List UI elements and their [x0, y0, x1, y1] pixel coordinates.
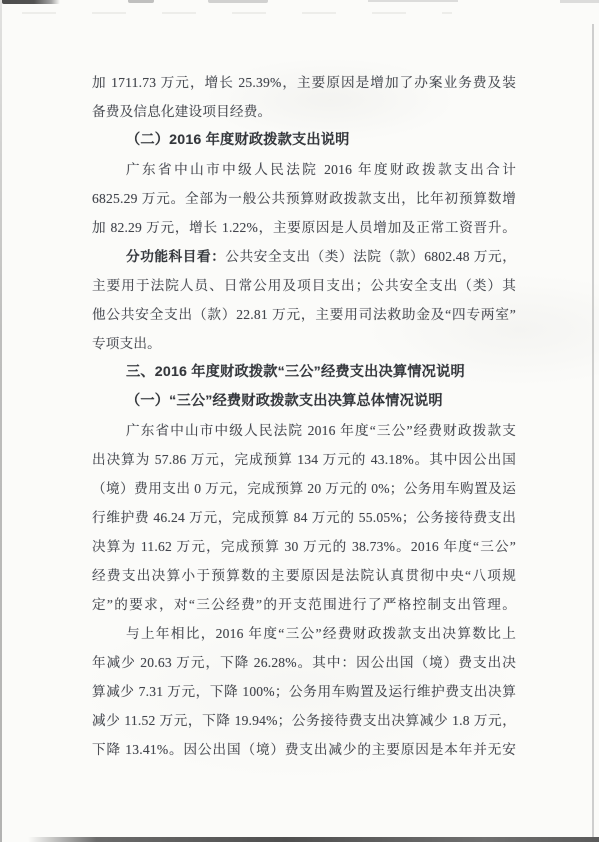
text-line: 出决算为 57.86 万元，完成预算 134 万元的 43.18%。其中因公出国 — [92, 445, 516, 474]
page-edge-bottom-shadow — [28, 837, 599, 842]
text-line: 年减少 20.63 万元，下降 26.28%。其中：因公出国（境）费支出决 — [92, 648, 516, 677]
scan-smudge-top-2 — [208, 0, 268, 3]
text-line: 主要用于法院人员、日常公用及项目支出；公共安全支出（类）其 — [92, 271, 516, 300]
text-line: 6825.29 万元。全部为一般公共预算财政拨款支出，比年初预算数增 — [92, 184, 516, 213]
document-page: { "doc": { "functional_label": "分功能科目看："… — [0, 0, 599, 842]
text-line: 行维护费 46.24 万元，完成预算 84 万元的 55.05%；公务接待费支出 — [92, 503, 516, 532]
text-line: 定”的要求，对“三公经费”的开支范围进行了严格控制支出管理。 — [92, 590, 516, 619]
text-span: 公共安全支出（类）法院（款）6802.48 万元， — [225, 249, 516, 264]
section-heading: （二）2016 年度财政拨款支出说明 — [92, 126, 516, 155]
text-line: 广东省中山市中级人民法院 2016 年度“三公”经费财政拨款支 — [92, 416, 516, 445]
page-edge-right — [592, 24, 594, 842]
page-edge-left — [0, 0, 2, 842]
text-line: 广东省中山市中级人民法院 2016 年度财政拨款支出合计 — [92, 155, 516, 184]
text-line: 他公共安全支出（款）22.81 万元，主要用司法救助金及“四专两室” — [92, 300, 516, 329]
scan-streak — [22, 12, 452, 14]
text-line: （境）费用支出 0 万元，完成预算 20 万元的 0%；公务用车购置及运 — [92, 474, 516, 503]
section-heading: 三、2016 年度财政拨款“三公”经费支出决算情况说明 — [92, 358, 516, 387]
text-line: 与上年相比，2016 年度“三公”经费财政拨款支出决算数比上 — [92, 619, 516, 648]
text-line: 加 82.29 万元，增长 1.22%，主要原因是人员增加及正常工资晋升。 — [92, 213, 516, 242]
document-text: 加 1711.73 万元，增长 25.39%，主要原因是增加了办案业务费及装 备… — [92, 68, 516, 764]
text-line: 备费及信息化建设项目经费。 — [92, 97, 516, 126]
scan-smudge-top-right — [560, 0, 599, 3]
text-line: 下降 13.41%。因公出国（境）费支出减少的主要原因是本年并无安 — [92, 735, 516, 764]
scan-smudge-top-3 — [368, 0, 458, 2]
scan-smudge-top-left — [2, 0, 60, 4]
text-line: 经费支出决算小于预算数的主要原因是法院认真贯彻中央“八项规 — [92, 561, 516, 590]
inline-bold-label: 分功能科目看： — [126, 249, 225, 264]
section-heading: （一）“三公”经费财政拨款支出决算总体情况说明 — [92, 387, 516, 416]
text-line: 减少 11.52 万元，下降 19.94%；公务接待费支出决算减少 1.8 万元… — [92, 706, 516, 735]
text-line: 决算为 11.62 万元，完成预算 30 万元的 38.73%。2016 年度“… — [92, 532, 516, 561]
text-line: 加 1711.73 万元，增长 25.39%，主要原因是增加了办案业务费及装 — [92, 68, 516, 97]
text-line: 专项支出。 — [92, 329, 516, 358]
text-line: 分功能科目看：公共安全支出（类）法院（款）6802.48 万元， — [92, 242, 516, 271]
scan-smudge-top-1 — [128, 0, 154, 3]
text-line: 算减少 7.31 万元，下降 100%；公务用车购置及运行维护费支出决算 — [92, 677, 516, 706]
